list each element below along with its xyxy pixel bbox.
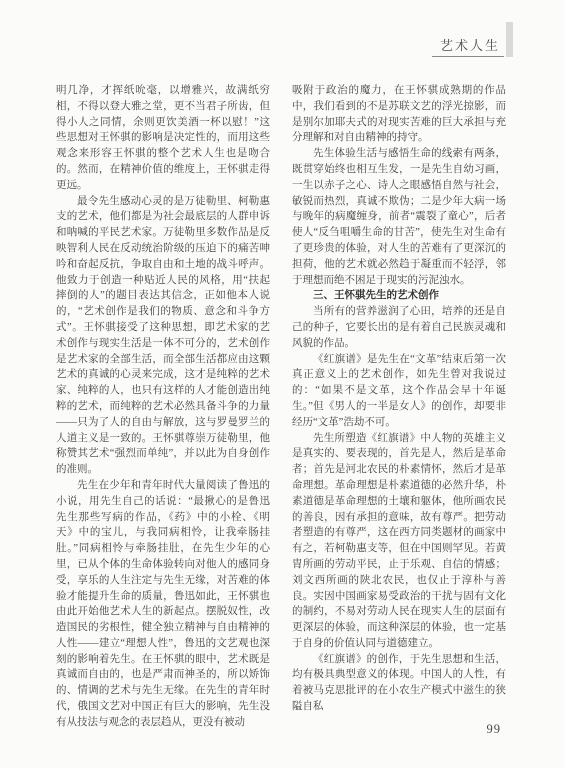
left-column: 明几净，才挥纸吮毫，以增雅兴，故满纸穷相，不得以登大雅之堂，更不当君子所齿，但得…	[56, 83, 270, 731]
paragraph: 明几净，才挥纸吮毫，以增雅兴，故满纸穷相，不得以登大雅之堂，更不当君子所齿，但得…	[56, 83, 270, 194]
page-number: 99	[487, 722, 502, 737]
document-page: 艺术人生 明几净，才挥纸吮毫，以增雅兴，故满纸穷相，不得以登大雅之堂，更不当君子…	[0, 0, 565, 768]
section-heading: 三、王怀骐先生的艺术创作	[292, 288, 506, 304]
right-column: 吸附于政治的魔力，在王怀骐成熟期的作品中，我们看到的不是苏联文艺的浮光掠影，而是…	[292, 83, 506, 731]
running-head-title: 艺术人生	[432, 39, 504, 57]
paragraph: 先生体验生活与感悟生命的线索有两条，既贯穿始终也相互生发，一是先生自幼习画，一生…	[292, 146, 506, 288]
paragraph: 《红旗谱》的创作，于先生思想和生活，均有极具典型意义的体现。中国人的人性，有着被…	[292, 652, 506, 715]
paragraph: 当所有的营养滋润了心田，培养的还是自己的种子，它要长出的是有着自己民族灵魂和风貌…	[292, 304, 506, 351]
paragraph: 吸附于政治的魔力，在王怀骐成熟期的作品中，我们看到的不是苏联文艺的浮光掠影，而是…	[292, 83, 506, 146]
paragraph: 先生在少年和青年时代大量阅读了鲁迅的小说，用先生自己的话说：“最揪心的是鲁迅先生…	[56, 478, 270, 731]
running-head: 艺术人生	[432, 22, 513, 57]
paragraph: 最令先生感动心灵的是万徒勒里、柯勒惠支的艺术，他们都是为社会最底层的人群申诉和呐…	[56, 194, 270, 478]
paragraph: 先生所塑造《红旗谱》中人物的英雄主义是真实的、要表现的，首先是人，然后是革命者；…	[292, 431, 506, 652]
text-columns: 明几净，才挥纸吮毫，以增雅兴，故满纸穷相，不得以登大雅之堂，更不当君子所齿，但得…	[56, 83, 506, 731]
running-head-bar	[506, 22, 513, 57]
paragraph: 《红旗谱》是先生在“文革”结束后第一次真正意义上的艺术创作，如先生曾对我说过的：…	[292, 352, 506, 431]
